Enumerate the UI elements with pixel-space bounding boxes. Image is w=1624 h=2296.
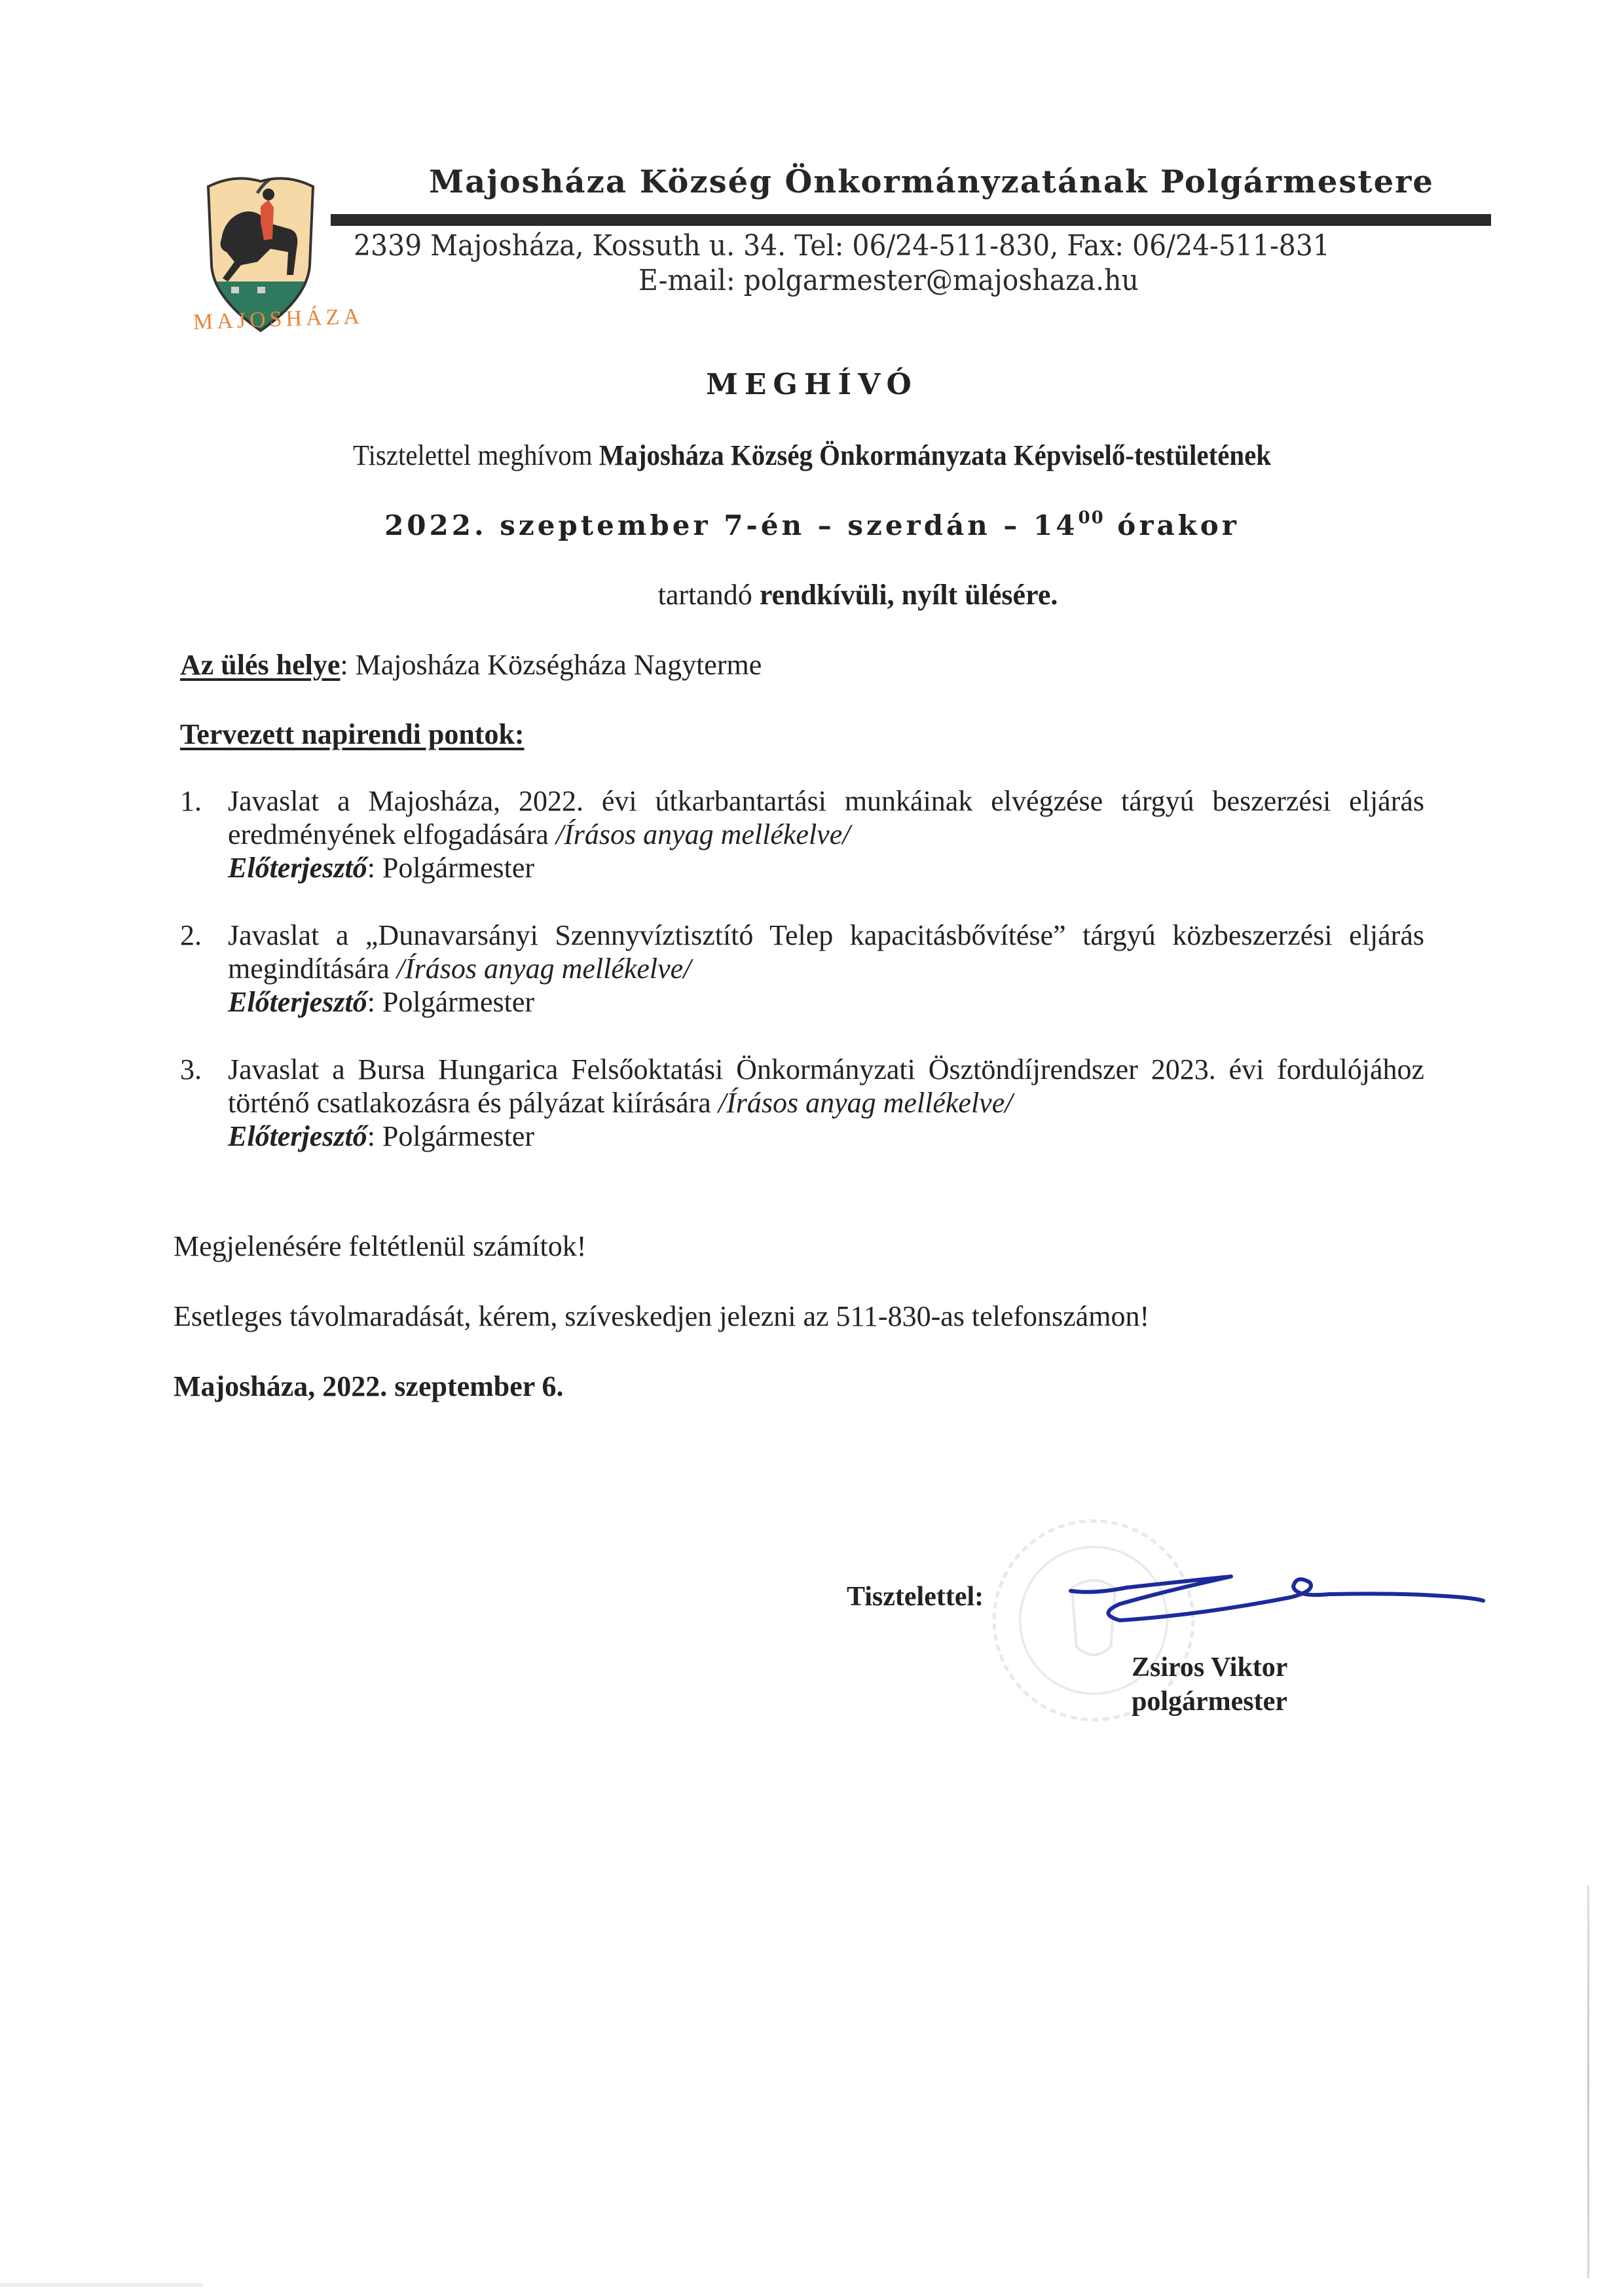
letterhead-rule — [331, 214, 1491, 226]
letterhead-email: E-mail: polgarmester@majoshaza.hu — [638, 264, 1139, 297]
agenda-item-number: 2. — [180, 919, 202, 952]
closing-expectation: Megjelenésére feltétlenül számítok! — [174, 1230, 586, 1263]
agenda-item-note: /Írásos anyag mellékelve/ — [556, 818, 851, 850]
agenda-item-presenter: Előterjesztő: Polgármester — [228, 985, 1424, 1019]
meeting-datetime: 2022. szeptember 7-én – szerdán – 1400 ó… — [0, 508, 1624, 541]
signature-greeting: Tisztelettel: — [847, 1581, 984, 1613]
place-separator: : — [340, 649, 355, 681]
place-and-date: Majosháza, 2022. szeptember 6. — [174, 1370, 564, 1403]
invitation-intro: Tisztelettel meghívom Majosháza Község Ö… — [57, 439, 1567, 472]
agenda-list: 1. Javaslat a Majosháza, 2022. évi útkar… — [180, 784, 1424, 1187]
presenter-value: : Polgármester — [367, 852, 534, 884]
agenda-item: 1. Javaslat a Majosháza, 2022. évi útkar… — [180, 784, 1424, 884]
signer-title: polgármester — [1132, 1686, 1287, 1717]
agenda-item: 2. Javaslat a „Dunavarsányi Szennyvíztis… — [180, 919, 1424, 1019]
meeting-minutes: 00 — [1079, 508, 1105, 528]
document-title: MEGHÍVÓ — [0, 368, 1624, 401]
presenter-value: : Polgármester — [367, 986, 534, 1018]
scan-artifact-line — [0, 2283, 203, 2287]
presenter-label: Előterjesztő — [228, 986, 367, 1018]
crest-caption: MAJOSHÁZA — [193, 305, 337, 335]
closing-absence-notice: Esetleges távolmaradását, kérem, szívesk… — [174, 1300, 1149, 1333]
agenda-item-number: 1. — [180, 784, 202, 818]
letterhead-title: Majosháza Község Önkormányzatának Polgár… — [429, 164, 1434, 200]
meeting-type-bold: rendkívüli, nyílt ülésére. — [760, 579, 1058, 611]
meeting-date: 2022. szeptember 7-én – szerdán – 14 — [384, 509, 1078, 541]
agenda-item-presenter: Előterjesztő: Polgármester — [228, 851, 1424, 884]
agenda-item-note: /Írásos anyag mellékelve/ — [718, 1087, 1013, 1119]
signer-name: Zsiros Viktor — [1132, 1652, 1287, 1683]
presenter-value: : Polgármester — [367, 1120, 534, 1152]
agenda-item-body: Javaslat a „Dunavarsányi Szennyvíztisztí… — [228, 919, 1424, 985]
agenda-item-number: 3. — [180, 1053, 202, 1086]
meeting-place: Az ülés helye: Majosháza Községháza Nagy… — [180, 648, 762, 682]
handwritten-signature-icon — [1067, 1575, 1486, 1633]
intro-plain: Tisztelettel meghívom — [353, 439, 599, 471]
agenda-item-presenter: Előterjesztő: Polgármester — [228, 1120, 1424, 1153]
agenda-item-body: Javaslat a Majosháza, 2022. évi útkarban… — [228, 784, 1424, 851]
meeting-type: tartandó rendkívüli, nyílt ülésére. — [0, 578, 1624, 611]
place-label: Az ülés helye — [180, 649, 340, 681]
agenda-item-note: /Írásos anyag mellékelve/ — [397, 953, 692, 985]
agenda-item-body: Javaslat a Bursa Hungarica Felsőoktatási… — [228, 1053, 1424, 1120]
presenter-label: Előterjesztő — [228, 1120, 367, 1152]
scan-artifact-line — [1587, 1886, 1589, 2278]
agenda-item: 3. Javaslat a Bursa Hungarica Felsőoktat… — [180, 1053, 1424, 1153]
place-value: Majosháza Községháza Nagyterme — [356, 649, 762, 681]
meeting-type-plain: tartandó — [658, 579, 760, 611]
agenda-heading: Tervezett napirendi pontok: — [180, 718, 525, 751]
presenter-label: Előterjesztő — [228, 852, 367, 884]
letterhead-address: 2339 Majosháza, Kossuth u. 34. Tel: 06/2… — [354, 229, 1330, 263]
meeting-time-suffix: órakor — [1105, 509, 1240, 541]
intro-addressee: Majosháza Község Önkormányzata Képviselő… — [599, 439, 1271, 471]
